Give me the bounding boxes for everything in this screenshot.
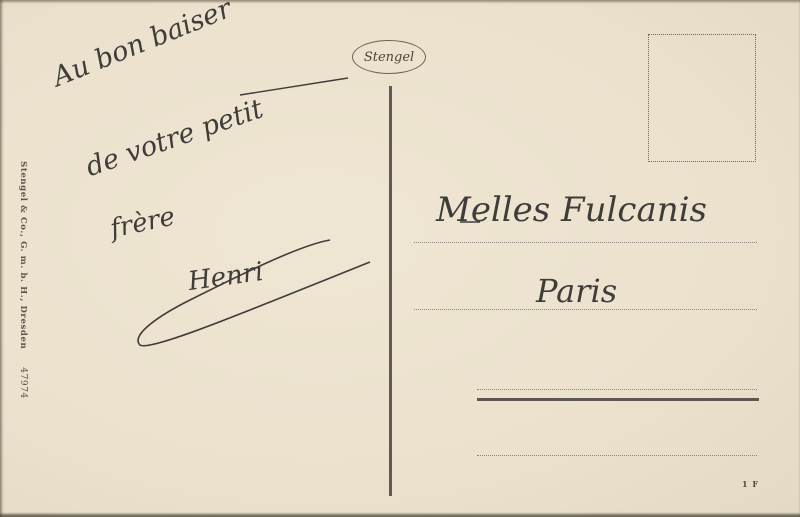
address-recipient: Melles Fulcanis: [436, 190, 707, 230]
address-line-1: [414, 242, 757, 243]
message-line-2: de votre petit: [82, 93, 267, 183]
publisher-number: 47974: [18, 367, 28, 399]
stamp-box: [648, 34, 756, 162]
printer-mark: 1 F: [742, 479, 759, 489]
stengel-logo: Stengel: [352, 40, 426, 74]
address-line-3: [477, 389, 757, 390]
center-divider: [389, 86, 392, 496]
address-underline: [477, 398, 759, 401]
address-city: Paris: [536, 272, 617, 310]
message-line-1: Au bon baiser: [48, 0, 236, 93]
message-line-3: frère: [108, 202, 178, 245]
address-line-4: [477, 455, 757, 456]
logo-text: Stengel: [364, 50, 414, 65]
publisher-imprint: Stengel & Co., G. m. b. H., Dresden47974: [8, 160, 38, 400]
publisher-imprint-text: Stengel & Co., G. m. b. H., Dresden47974: [18, 161, 28, 399]
publisher-name: Stengel & Co., G. m. b. H., Dresden: [18, 161, 28, 349]
postcard-back: Stengel Stengel & Co., G. m. b. H., Dres…: [0, 0, 800, 517]
signature: Henri: [186, 257, 265, 297]
